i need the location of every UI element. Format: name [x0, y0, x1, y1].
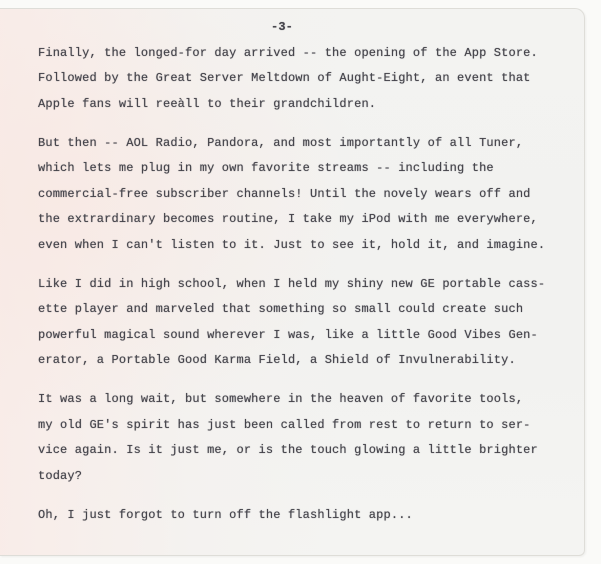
page-number: -3-: [19, 15, 545, 41]
paragraph-aol-radio: But then -- AOL Radio, Pandora, and most…: [38, 131, 564, 259]
document-page: -3- Finally, the longed-for day arrived …: [0, 8, 585, 556]
paragraph-high-school: Like I did in high school, when I held m…: [38, 272, 564, 374]
document-body: -3- Finally, the longed-for day arrived …: [0, 9, 584, 528]
scanned-page-background: -3- Finally, the longed-for day arrived …: [0, 0, 601, 564]
paragraph-app-store: Finally, the longed-for day arrived -- t…: [38, 41, 564, 118]
paragraph-long-wait: It was a long wait, but somewhere in the…: [38, 387, 564, 489]
paragraph-flashlight: Oh, I just forgot to turn off the flashl…: [38, 503, 564, 529]
